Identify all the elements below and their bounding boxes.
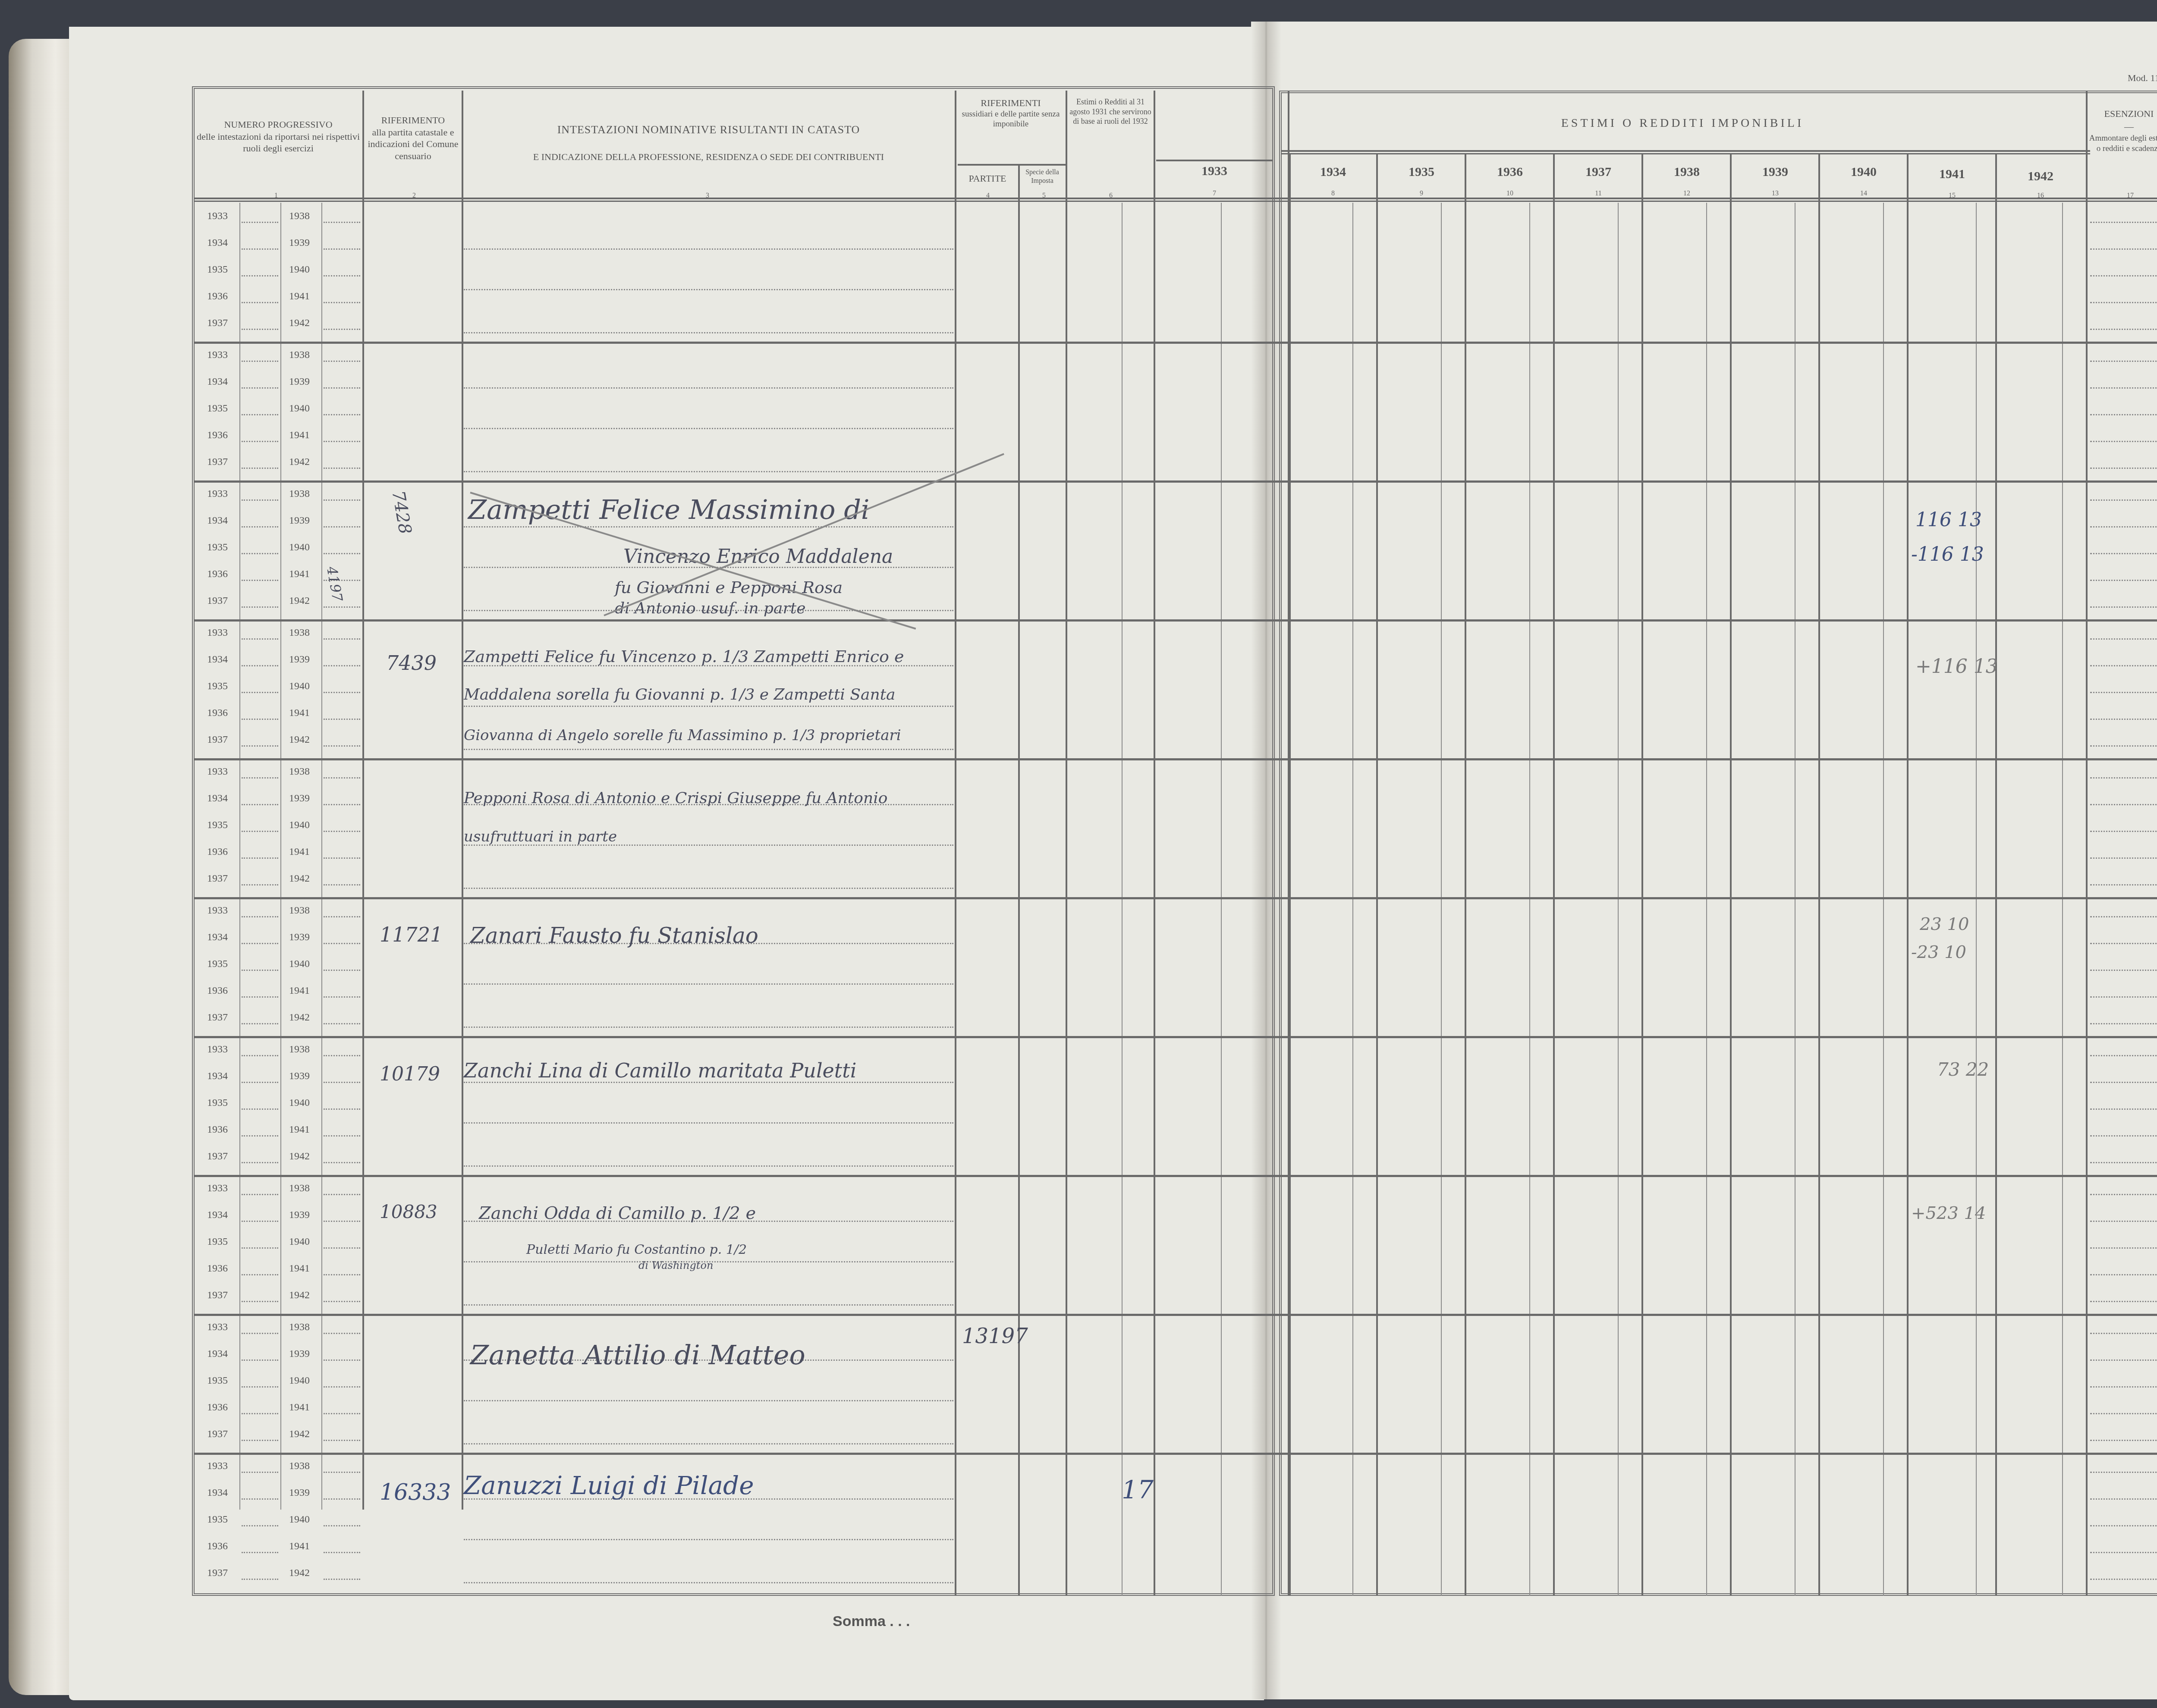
entry-5-name-line-2: usufruttuari in parte bbox=[464, 828, 617, 845]
year-label-left: 1933 bbox=[207, 210, 228, 222]
dotted-leader bbox=[242, 248, 278, 250]
cents-sep-12 bbox=[1706, 203, 1707, 1596]
year-label-left: 1933 bbox=[207, 1183, 228, 1194]
year-label-left: 1934 bbox=[207, 1209, 228, 1221]
dotted-leader bbox=[324, 1440, 360, 1441]
name-guide-line bbox=[464, 1443, 953, 1444]
dotted-leader bbox=[242, 387, 278, 389]
year-label-left: 1936 bbox=[207, 707, 228, 719]
name-guide-line bbox=[464, 387, 953, 389]
dotted-leader bbox=[324, 804, 360, 805]
dotted-leader bbox=[324, 553, 360, 554]
year-label-right: 1942 bbox=[289, 317, 310, 329]
year-label-left: 1935 bbox=[207, 819, 228, 831]
dotted-leader bbox=[324, 1413, 360, 1414]
col-sep-10-11 bbox=[1553, 153, 1555, 1596]
exemption-guide-line bbox=[2090, 1472, 2157, 1473]
dotted-leader bbox=[242, 329, 278, 330]
year-label-left: 1934 bbox=[207, 515, 228, 527]
exemption-guide-line bbox=[2090, 804, 2157, 805]
col5-number: 5 bbox=[1035, 192, 1053, 200]
dotted-leader bbox=[242, 1413, 278, 1414]
year-label-right: 1939 bbox=[289, 1487, 310, 1499]
exemption-guide-line bbox=[2090, 248, 2157, 250]
year-label-left: 1936 bbox=[207, 1263, 228, 1275]
year-header-1938: 1938 bbox=[1644, 164, 1730, 180]
col7-subheader-rule bbox=[1156, 160, 1273, 161]
exemption-guide-line bbox=[2090, 329, 2157, 330]
year-header-1937: 1937 bbox=[1555, 164, 1641, 180]
dotted-leader bbox=[324, 1135, 360, 1137]
year-label-left: 1933 bbox=[207, 1044, 228, 1055]
col-sep-7-8 bbox=[1289, 153, 1291, 1596]
year-label-right: 1942 bbox=[289, 1290, 310, 1301]
col8-number: 8 bbox=[1324, 190, 1342, 198]
entry-8-ref: 10883 bbox=[380, 1201, 437, 1222]
year-label-right: 1940 bbox=[289, 1375, 310, 1387]
year-label-left: 1933 bbox=[207, 1460, 228, 1472]
col4-title: PARTITE bbox=[957, 173, 1018, 185]
year-label-right: 1941 bbox=[289, 291, 310, 302]
year-header-1941: 1941 bbox=[1909, 166, 1995, 182]
year-label-right: 1938 bbox=[289, 1322, 310, 1333]
entry-3-name-line-3: fu Giovanni e Pepponi Rosa bbox=[615, 578, 843, 597]
col6-cents-sep bbox=[1122, 203, 1123, 1596]
dotted-leader bbox=[324, 1472, 360, 1473]
col12-number: 12 bbox=[1678, 190, 1695, 198]
dotted-leader bbox=[242, 1301, 278, 1302]
dotted-leader bbox=[324, 275, 360, 276]
name-guide-line bbox=[464, 1165, 953, 1167]
year-label-right: 1939 bbox=[289, 1071, 310, 1082]
name-guide-line bbox=[464, 888, 953, 889]
col13-number: 13 bbox=[1767, 190, 1784, 198]
dotted-leader bbox=[242, 1386, 278, 1388]
block-separator bbox=[194, 1314, 2157, 1316]
form-code: Mod. 111 - Imposte Dirette (Intercalare)… bbox=[2128, 72, 2157, 84]
entry-3-name-line-4: di Antonio usuf. in parte bbox=[615, 600, 806, 617]
entry-8-name-line-2: Puletti Mario fu Costantino p. 1/2 bbox=[526, 1242, 747, 1257]
year-label-right: 1941 bbox=[289, 1124, 310, 1136]
year-label-left: 1934 bbox=[207, 932, 228, 943]
dotted-leader bbox=[242, 1108, 278, 1110]
dotted-leader bbox=[242, 1247, 278, 1249]
dotted-leader bbox=[324, 1247, 360, 1249]
col16-number: 16 bbox=[2032, 192, 2049, 200]
exemption-guide-line bbox=[2090, 884, 2157, 885]
year-label-left: 1937 bbox=[207, 595, 228, 607]
entry-6-name: Zanari Fausto fu Stanislao bbox=[470, 923, 758, 948]
year-label-right: 1939 bbox=[289, 793, 310, 804]
dotted-leader bbox=[324, 831, 360, 832]
dotted-leader bbox=[242, 580, 278, 581]
year-label-right: 1942 bbox=[289, 1429, 310, 1440]
cents-sep-8 bbox=[1352, 203, 1353, 1596]
col3-subtitle: E INDICAZIONE DELLA PROFESSIONE, RESIDEN… bbox=[464, 151, 953, 163]
year-label-right: 1942 bbox=[289, 734, 310, 746]
dotted-leader bbox=[324, 884, 360, 885]
col6-number: 6 bbox=[1102, 192, 1119, 200]
dotted-leader bbox=[242, 692, 278, 693]
year-header-1942: 1942 bbox=[1997, 168, 2084, 185]
dotted-leader bbox=[324, 665, 360, 666]
entry-6-value-1941-reversal: -23 10 bbox=[1911, 942, 1966, 962]
dotted-leader bbox=[324, 970, 360, 971]
col1-header: NUMERO PROGRESSIVO delle intestazioni da… bbox=[194, 119, 362, 154]
year-header-1939: 1939 bbox=[1732, 164, 1818, 180]
col2-header: RIFERIMENTO alla partita catastale e ind… bbox=[365, 114, 462, 162]
dotted-leader bbox=[324, 1359, 360, 1361]
exemption-guide-line bbox=[2090, 745, 2157, 747]
dotted-leader bbox=[242, 606, 278, 608]
col-sep-14-15 bbox=[1907, 153, 1909, 1596]
year-label-right: 1939 bbox=[289, 515, 310, 527]
dotted-leader bbox=[324, 1579, 360, 1580]
dotted-leader bbox=[242, 361, 278, 362]
dotted-leader bbox=[242, 499, 278, 501]
cents-sep-9 bbox=[1441, 203, 1442, 1596]
dotted-leader bbox=[242, 1194, 278, 1195]
year-label-left: 1935 bbox=[207, 264, 228, 276]
year-label-left: 1935 bbox=[207, 542, 228, 553]
col-sep-15-16 bbox=[1995, 153, 1997, 1596]
year-label-left: 1934 bbox=[207, 376, 228, 388]
exemption-guide-line bbox=[2090, 222, 2157, 223]
year-label-right: 1938 bbox=[289, 1044, 310, 1055]
exemption-guide-line bbox=[2090, 468, 2157, 469]
dotted-leader bbox=[324, 719, 360, 720]
dotted-leader bbox=[324, 526, 360, 527]
exemption-guide-line bbox=[2090, 499, 2157, 501]
year-label-right: 1941 bbox=[289, 430, 310, 441]
dotted-leader bbox=[324, 1498, 360, 1500]
dotted-leader bbox=[324, 857, 360, 859]
dotted-leader bbox=[242, 884, 278, 885]
dotted-leader bbox=[242, 441, 278, 442]
year-header-1936: 1936 bbox=[1467, 164, 1553, 180]
exemption-guide-line bbox=[2090, 1108, 2157, 1110]
year-label-right: 1942 bbox=[289, 1151, 310, 1162]
year-label-right: 1941 bbox=[289, 1402, 310, 1413]
dotted-leader bbox=[242, 665, 278, 666]
exemption-guide-line bbox=[2090, 1247, 2157, 1249]
year-label-left: 1935 bbox=[207, 1375, 228, 1387]
dotted-leader bbox=[242, 831, 278, 832]
year-label-right: 1942 bbox=[289, 873, 310, 885]
entry-3-value-1941: 116 13 bbox=[1915, 509, 1982, 531]
year-label-left: 1937 bbox=[207, 1567, 228, 1579]
year-label-left: 1934 bbox=[207, 1487, 228, 1499]
year-label-right: 1941 bbox=[289, 707, 310, 719]
col-sep-9-10 bbox=[1465, 153, 1466, 1596]
year-label-left: 1935 bbox=[207, 958, 228, 970]
entry-9-name: Zanetta Attilio di Matteo bbox=[470, 1339, 805, 1371]
entry-4-ref: 7439 bbox=[386, 651, 437, 675]
entry-8-value-1941: +523 14 bbox=[1911, 1203, 1986, 1223]
estimi-subheader-rule bbox=[1281, 150, 2090, 154]
year-label-right: 1941 bbox=[289, 1541, 310, 1552]
col-sep-2-3 bbox=[462, 91, 463, 1510]
year-label-left: 1933 bbox=[207, 905, 228, 917]
year-label-left: 1934 bbox=[207, 654, 228, 666]
somma-label: Somma . . . bbox=[833, 1613, 910, 1630]
dotted-leader bbox=[324, 745, 360, 747]
year-header-1934: 1934 bbox=[1290, 164, 1376, 180]
col-sep-3-4 bbox=[955, 91, 956, 1596]
year-label-left: 1936 bbox=[207, 1124, 228, 1136]
year-label-right: 1938 bbox=[289, 210, 310, 222]
col11-number: 11 bbox=[1590, 190, 1607, 198]
col15-number: 15 bbox=[1943, 192, 1961, 200]
year-header-1935: 1935 bbox=[1378, 164, 1465, 180]
dotted-leader bbox=[324, 1386, 360, 1388]
dotted-leader bbox=[324, 1301, 360, 1302]
exemption-guide-line bbox=[2090, 1055, 2157, 1056]
dotted-leader bbox=[242, 916, 278, 917]
dotted-leader bbox=[324, 777, 360, 779]
year-label-right: 1942 bbox=[289, 595, 310, 607]
entry-3-name-line-2: Vincenzo Enrico Maddalena bbox=[623, 546, 893, 568]
dotted-leader bbox=[324, 916, 360, 917]
exemption-guide-line bbox=[2090, 1274, 2157, 1275]
dotted-leader bbox=[242, 1525, 278, 1526]
year-label-right: 1941 bbox=[289, 985, 310, 997]
exemption-guide-line bbox=[2090, 275, 2157, 276]
dotted-leader bbox=[324, 414, 360, 415]
entry-10-ref: 16333 bbox=[380, 1479, 451, 1505]
dotted-leader bbox=[324, 1055, 360, 1056]
year-label-left: 1933 bbox=[207, 1322, 228, 1333]
year-label-left: 1937 bbox=[207, 1151, 228, 1162]
year-label-right: 1938 bbox=[289, 1460, 310, 1472]
rif-subtitle: sussidiari e delle partite senza imponib… bbox=[957, 109, 1065, 130]
exemption-guide-line bbox=[2090, 1552, 2157, 1553]
year-label-left: 1934 bbox=[207, 793, 228, 804]
entry-4-name-line-2: Maddalena sorella fu Giovanni p. 1/3 e Z… bbox=[464, 686, 896, 703]
year-label-left: 1935 bbox=[207, 1097, 228, 1109]
dotted-leader bbox=[242, 1498, 278, 1500]
dotted-leader bbox=[242, 1055, 278, 1056]
year-label-left: 1934 bbox=[207, 1348, 228, 1360]
name-guide-line bbox=[464, 983, 953, 985]
dotted-leader bbox=[242, 1552, 278, 1553]
year-label-right: 1939 bbox=[289, 1348, 310, 1360]
col-sep-13-14 bbox=[1818, 153, 1820, 1596]
year-label-left: 1933 bbox=[207, 627, 228, 639]
dotted-leader bbox=[324, 1525, 360, 1526]
year-label-right: 1939 bbox=[289, 1209, 310, 1221]
dotted-leader bbox=[324, 1221, 360, 1222]
col3-title: INTESTAZIONI NOMINATIVE RISULTANTI IN CA… bbox=[464, 123, 953, 137]
exemption-guide-line bbox=[2090, 1082, 2157, 1083]
year-label-right: 1938 bbox=[289, 627, 310, 639]
dotted-leader bbox=[324, 222, 360, 223]
year-label-right: 1938 bbox=[289, 905, 310, 917]
year-label-right: 1942 bbox=[289, 1567, 310, 1579]
exemption-guide-line bbox=[2090, 526, 2157, 527]
year-label-left: 1934 bbox=[207, 237, 228, 249]
exemption-guide-line bbox=[2090, 1333, 2157, 1334]
dotted-leader bbox=[324, 692, 360, 693]
col17-subtitle: Ammontare degli estimi o redditi e scade… bbox=[2088, 133, 2157, 154]
name-guide-line bbox=[464, 749, 953, 750]
exemption-guide-line bbox=[2090, 1386, 2157, 1388]
dotted-leader bbox=[242, 1162, 278, 1163]
dotted-leader bbox=[242, 302, 278, 303]
rif-subheader-rule bbox=[958, 164, 1066, 166]
year-label-left: 1933 bbox=[207, 349, 228, 361]
name-guide-line bbox=[464, 289, 953, 290]
name-guide-line bbox=[464, 332, 953, 333]
entry-6-value-1941: 23 10 bbox=[1920, 914, 1969, 934]
col1-subtitle: delle intestazioni da riportarsi nei ris… bbox=[194, 131, 362, 154]
estimi-title: ESTIMI O REDDITI IMPONIBILI bbox=[1402, 116, 1963, 131]
exemption-guide-line bbox=[2090, 1301, 2157, 1302]
dotted-leader bbox=[242, 414, 278, 415]
col2-number: 2 bbox=[406, 192, 423, 200]
name-guide-line bbox=[464, 1539, 953, 1540]
year-label-right: 1940 bbox=[289, 264, 310, 276]
year-label-right: 1939 bbox=[289, 376, 310, 388]
dotted-leader bbox=[242, 1440, 278, 1441]
year-label-right: 1942 bbox=[289, 456, 310, 468]
exemption-guide-line bbox=[2090, 414, 2157, 415]
year-label-right: 1940 bbox=[289, 403, 310, 414]
dotted-leader bbox=[324, 1108, 360, 1110]
exemption-guide-line bbox=[2090, 777, 2157, 779]
cents-sep-13 bbox=[1795, 203, 1795, 1596]
col10-number: 10 bbox=[1501, 190, 1519, 198]
year-label-left: 1936 bbox=[207, 430, 228, 441]
dotted-leader bbox=[324, 499, 360, 501]
dotted-leader bbox=[242, 553, 278, 554]
entry-7-ref: 10179 bbox=[380, 1063, 440, 1085]
year-label-left: 1936 bbox=[207, 291, 228, 302]
block-separator bbox=[194, 758, 2157, 760]
cents-sep-10 bbox=[1529, 203, 1530, 1596]
year-label-left: 1933 bbox=[207, 488, 228, 500]
col4-number: 4 bbox=[979, 192, 997, 200]
year-label-right: 1940 bbox=[289, 958, 310, 970]
cents-sep-11 bbox=[1618, 203, 1619, 1596]
name-guide-line bbox=[464, 1122, 953, 1124]
dotted-leader bbox=[242, 222, 278, 223]
year-label-right: 1942 bbox=[289, 1012, 310, 1024]
year-label-right: 1940 bbox=[289, 681, 310, 692]
year-label-left: 1935 bbox=[207, 681, 228, 692]
year-label-right: 1939 bbox=[289, 932, 310, 943]
dotted-leader bbox=[242, 777, 278, 779]
exemption-guide-line bbox=[2090, 665, 2157, 666]
dotted-leader bbox=[324, 1274, 360, 1275]
year-label-left: 1936 bbox=[207, 846, 228, 858]
exemption-guide-line bbox=[2090, 638, 2157, 640]
entry-7-name: Zanchi Lina di Camillo maritata Puletti bbox=[464, 1059, 857, 1082]
dotted-leader bbox=[242, 638, 278, 640]
exemption-guide-line bbox=[2090, 553, 2157, 554]
dotted-leader bbox=[324, 248, 360, 250]
exemption-guide-line bbox=[2090, 361, 2157, 362]
year-label-right: 1938 bbox=[289, 488, 310, 500]
year-label-left: 1937 bbox=[207, 873, 228, 885]
entry-4-value-1941: +116 13 bbox=[1915, 656, 1998, 678]
block-separator bbox=[194, 480, 2157, 483]
name-guide-line bbox=[464, 471, 953, 472]
entry-6-ref: 11721 bbox=[380, 923, 443, 946]
dotted-leader bbox=[242, 1082, 278, 1083]
exemption-guide-line bbox=[2090, 1221, 2157, 1222]
header-rule bbox=[194, 198, 2157, 202]
dotted-leader bbox=[242, 943, 278, 944]
year-label-right: 1941 bbox=[289, 846, 310, 858]
entry-7-value-1941: 73 22 bbox=[1937, 1059, 1989, 1080]
dotted-leader bbox=[242, 996, 278, 998]
name-guide-line bbox=[464, 428, 953, 429]
dotted-leader bbox=[242, 1023, 278, 1024]
year-label-left: 1937 bbox=[207, 1012, 228, 1024]
exemption-guide-line bbox=[2090, 1579, 2157, 1580]
year-label-right: 1939 bbox=[289, 237, 310, 249]
block-separator bbox=[194, 1036, 2157, 1038]
year-label-left: 1937 bbox=[207, 317, 228, 329]
dotted-leader bbox=[242, 1333, 278, 1334]
exemption-guide-line bbox=[2090, 441, 2157, 442]
dotted-leader bbox=[242, 1359, 278, 1361]
col-sep-8-9 bbox=[1376, 153, 1378, 1596]
year-label-left: 1933 bbox=[207, 766, 228, 778]
dotted-leader bbox=[324, 606, 360, 608]
dotted-leader bbox=[324, 1023, 360, 1024]
col1-title: NUMERO PROGRESSIVO bbox=[194, 119, 362, 131]
year-label-left: 1937 bbox=[207, 1290, 228, 1301]
block-separator bbox=[194, 1453, 2157, 1455]
name-guide-line bbox=[464, 1582, 953, 1583]
exemption-guide-line bbox=[2090, 692, 2157, 693]
dotted-leader bbox=[324, 361, 360, 362]
dotted-leader bbox=[242, 719, 278, 720]
exemption-guide-line bbox=[2090, 1162, 2157, 1163]
exemption-guide-line bbox=[2090, 606, 2157, 608]
col17-number: 17 bbox=[2122, 192, 2139, 200]
rif-header: RIFERIMENTI sussidiari e delle partite s… bbox=[957, 97, 1065, 129]
cents-sep-15 bbox=[1976, 203, 1977, 1596]
dotted-leader bbox=[324, 1162, 360, 1163]
col2-subtitle: alla partita catastale e indicazioni del… bbox=[365, 126, 462, 162]
year-label-right: 1940 bbox=[289, 1097, 310, 1109]
col6-title: Estimi o Redditi al 31 agosto 1931 che s… bbox=[1067, 97, 1154, 126]
name-guide-line bbox=[464, 706, 953, 707]
dotted-leader bbox=[242, 1472, 278, 1473]
col5-title: Specie della Imposta bbox=[1019, 168, 1066, 185]
exemption-guide-line bbox=[2090, 1135, 2157, 1137]
year-label-right: 1938 bbox=[289, 349, 310, 361]
dotted-leader bbox=[324, 1194, 360, 1195]
entry-9-partite: 13197 bbox=[962, 1324, 1028, 1348]
exemption-guide-line bbox=[2090, 1440, 2157, 1441]
year-label-right: 1940 bbox=[289, 819, 310, 831]
block-separator bbox=[194, 1175, 2157, 1177]
dotted-leader bbox=[242, 1221, 278, 1222]
block-separator bbox=[194, 897, 2157, 899]
year-label-right: 1940 bbox=[289, 1236, 310, 1248]
exemption-guide-line bbox=[2090, 1023, 2157, 1024]
dotted-leader bbox=[242, 804, 278, 805]
year-label-left: 1937 bbox=[207, 734, 228, 746]
dotted-leader bbox=[242, 1135, 278, 1137]
exemption-guide-line bbox=[2090, 1359, 2157, 1361]
col7-cents-sep bbox=[1221, 203, 1222, 1596]
rif-title: RIFERIMENTI bbox=[957, 97, 1065, 109]
